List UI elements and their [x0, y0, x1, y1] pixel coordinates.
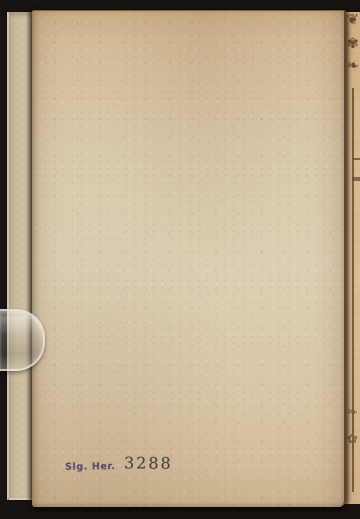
border-rule-horizontal: [352, 158, 360, 160]
scanned-book-page: ❦ ✾ ❧ ❧ ✿ Slg. Her. 3288: [0, 0, 360, 519]
floral-ornament-icon: ❧: [347, 405, 360, 421]
stamp-label: Slg. Her.: [65, 461, 116, 473]
floral-ornament-icon: ❧: [347, 58, 360, 74]
adjacent-page-edge: ❦ ✾ ❧ ❧ ✿: [344, 12, 360, 504]
collection-stamp: Slg. Her. 3288: [65, 453, 173, 473]
floral-ornament-icon: ✿: [347, 432, 360, 448]
stamp-number: 3288: [123, 453, 172, 472]
floral-ornament-icon: ✾: [347, 36, 360, 52]
blank-page: Slg. Her. 3288: [32, 10, 346, 507]
border-rule-horizontal: [352, 177, 360, 181]
underlying-page-edges: [7, 12, 35, 500]
floral-ornament-icon: ❦: [347, 12, 360, 28]
